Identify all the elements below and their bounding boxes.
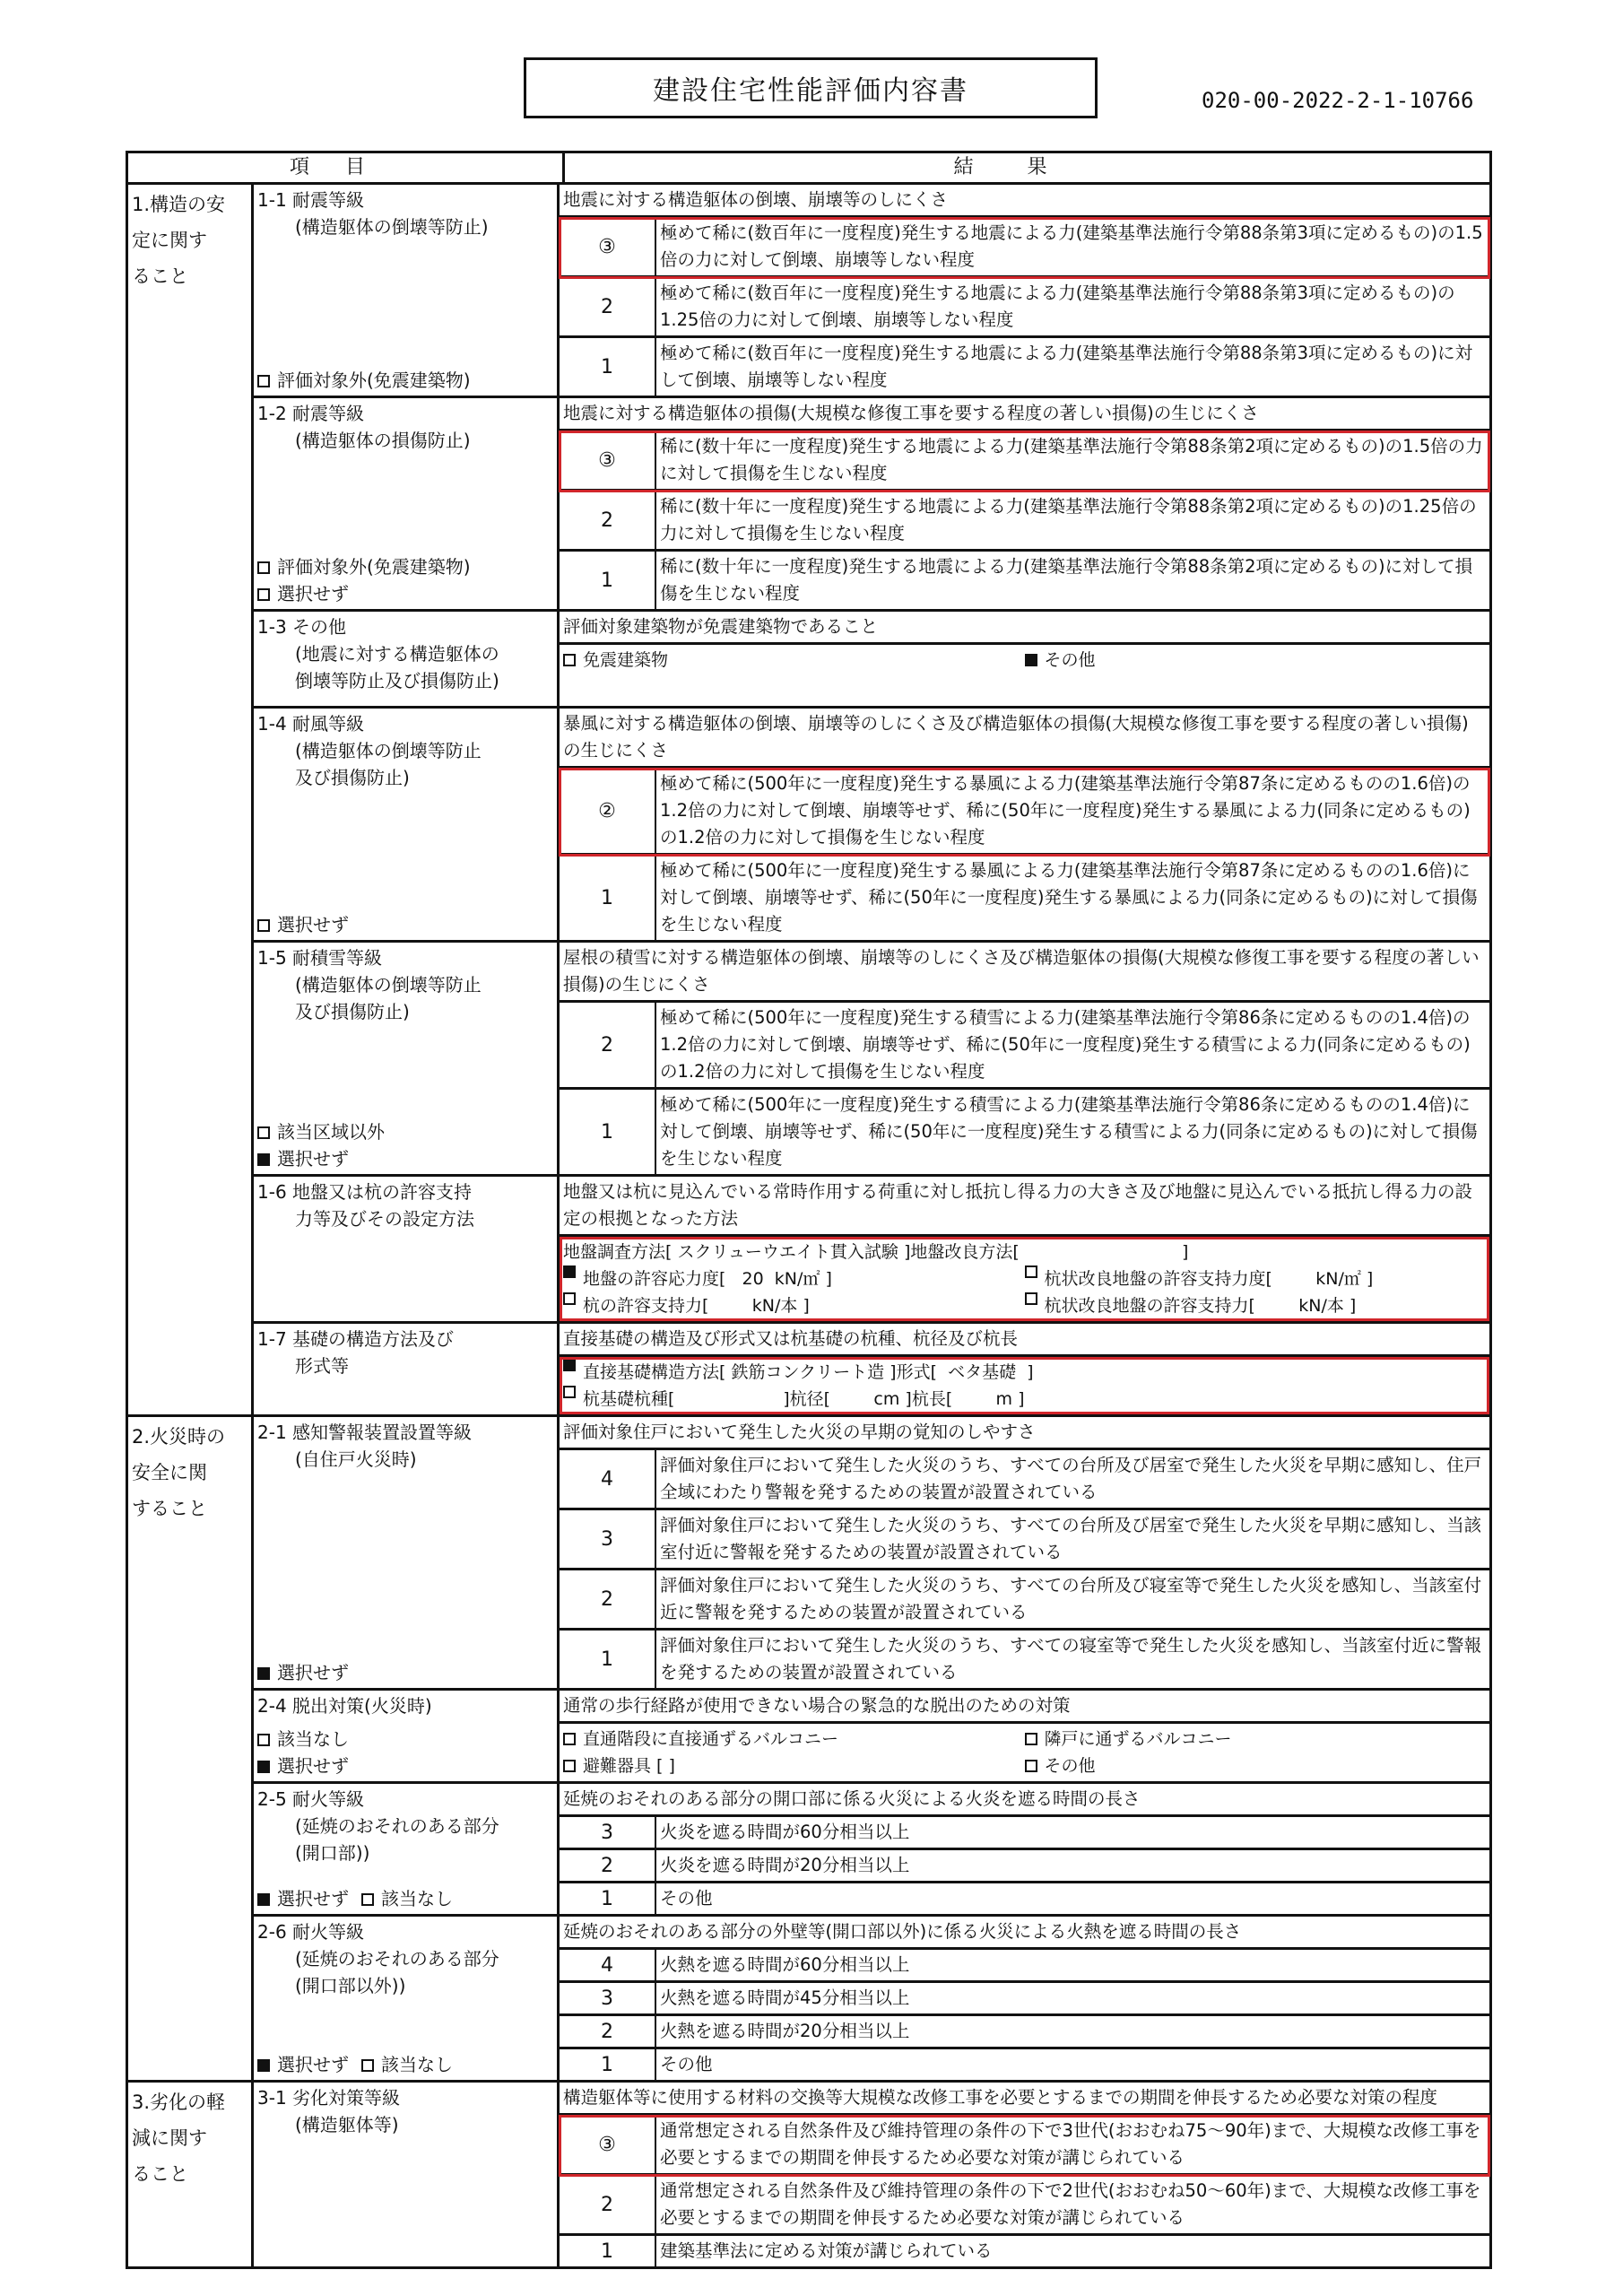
grade-value: ③ [560,218,656,275]
direct-foundation-method-label: 構造方法 [651,1359,719,1386]
item-code: 1-6 地盤又は杭の許容支持 [257,1178,553,1205]
item-code: 1-1 耐震等級 [257,187,553,213]
grade-value: 1 [560,552,656,609]
grade-row: 2極めて稀に(500年に一度程度)発生する積雪による力(建築基準法施行令第86条… [560,1003,1489,1090]
grade-text: 極めて稀に(数百年に一度程度)発生する地震による力(建築基準法施行令第88条第3… [656,278,1489,335]
grade-row: 2評価対象住戸において発生した火災のうち、すべての台所及び寝室等で発生した火災を… [560,1570,1489,1631]
item-description: 地震に対する構造躯体の倒壊、崩壊等のしにくさ [560,185,1489,218]
item-subtitle: (自住戸火災時) [257,1446,553,1473]
choice-option[interactable]: その他 [1025,1752,1487,1779]
item-subtitle: (構造躯体の倒壊等防止 及び損傷防止) [257,971,553,1025]
item-label-cell: 1-2 耐震等級(構造躯体の損傷防止)評価対象外(免震建築物)選択せず [254,398,560,609]
item-subtitle: 力等及びその設定方法 [257,1205,553,1232]
ground-bearing-details: 地盤調査方法 [ スクリューウエイト貫入試験 ] 地盤改良方法 [ ]地盤の許容… [560,1237,1489,1321]
evaluation-item: 1-4 耐風等級(構造躯体の倒壊等防止 及び損傷防止)選択せず暴風に対する構造躯… [254,709,1489,943]
choice-label: 免震建築物 [583,650,668,670]
item-option[interactable]: 選択せず [257,1752,349,1779]
choice-label: 隣戸に通ずるバルコニー [1045,1729,1232,1749]
evaluation-item: 2-6 耐火等級(延焼のおそれのある部分 (開口部以外))選択せず該当なし延焼の… [254,1917,1489,2080]
grade-text: 火炎を遮る時間が20分相当以上 [656,1850,1489,1881]
checkbox-checked-icon[interactable] [1025,654,1037,666]
item-result-cell: 暴風に対する構造躯体の倒壊、崩壊等のしにくさ及び構造躯体の損傷(大規模な修復工事… [560,709,1489,940]
item-subtitle: (構造躯体の倒壊等防止 及び損傷防止) [257,737,553,791]
item-options: 該当なし選択せず [257,1726,349,1779]
grade-value: 3 [560,1817,656,1848]
item-option[interactable]: 選択せず [257,2054,349,2075]
grade-row: 2火熱を遮る時間が20分相当以上 [560,2016,1489,2049]
item-label-cell: 1-3 その他(地震に対する構造躯体の 倒壊等防止及び損傷防止) [254,612,560,706]
checkbox-unchecked-icon[interactable] [563,1733,576,1745]
item-option[interactable]: 該当なし [257,1726,349,1752]
item-options: 評価対象外(免震建築物) [257,367,471,394]
item-label-cell: 2-4 脱出対策(火災時)該当なし選択せず [254,1691,560,1781]
grade-text: その他 [656,2049,1489,2080]
grade-text: 評価対象住戸において発生した火災のうち、すべての寝室等で発生した火災を感知し、当… [656,1631,1489,1688]
checkbox-checked-icon[interactable] [563,1359,576,1371]
direct-foundation-method-value: [ 鉄筋コンクリート造 ] [719,1359,897,1386]
grade-row: 2通常想定される自然条件及び維持管理の条件の下で2世代(おおむね50〜60年)ま… [560,2176,1489,2236]
grade-row: 2極めて稀に(数百年に一度程度)発生する地震による力(建築基準法施行令第88条第… [560,278,1489,338]
evaluation-item: 2-1 感知警報装置設置等級(自住戸火災時)選択せず評価対象住戸において発生した… [254,1417,1489,1691]
item-options: 評価対象外(免震建築物)選択せず [257,553,471,607]
grade-text: 稀に(数十年に一度程度)発生する地震による力(建築基準法施行令第88条第2項に定… [656,431,1489,489]
pile-foundation-label: 杭基礎 [583,1386,634,1413]
checkbox-unchecked-icon[interactable] [1025,1760,1037,1772]
item-label-cell: 1-5 耐積雪等級(構造躯体の倒壊等防止 及び損傷防止)該当区域以外選択せず [254,943,560,1174]
grade-row: 3評価対象住戸において発生した火災のうち、すべての台所及び居室で発生した火災を早… [560,1510,1489,1570]
grade-value: 2 [560,1003,656,1087]
grade-text: 評価対象住戸において発生した火災のうち、すべての台所及び寝室等で発生した火災を感… [656,1570,1489,1628]
grade-value: 1 [560,1631,656,1688]
bearing-field[interactable]: 杭状改良地盤の許容支持力 [ kN/本 ] [1025,1292,1487,1319]
item-label-cell: 3-1 劣化対策等級(構造躯体等) [254,2083,560,2266]
grade-value: 3 [560,1983,656,2013]
item-options: 選択せず該当なし [257,1885,465,1912]
item-subtitle: 形式等 [257,1352,553,1379]
item-option-label: 選択せず [277,1888,349,1909]
pile-foundation-len-value: [ m ] [946,1386,1025,1413]
grade-text: その他 [656,1883,1489,1914]
evaluation-item: 1-6 地盤又は杭の許容支持力等及びその設定方法地盤又は杭に見込んでいる常時作用… [254,1177,1489,1324]
item-code: 2-5 耐火等級 [257,1786,553,1813]
category-body: 1-1 耐震等級(構造躯体の倒壊等防止)評価対象外(免震建築物)地震に対する構造… [254,185,1489,1414]
pile-foundation-len-label: 杭長 [912,1386,946,1413]
checkbox-unchecked-icon[interactable] [257,919,270,932]
item-description: 暴風に対する構造躯体の倒壊、崩壊等のしにくさ及び構造躯体の損傷(大規模な修復工事… [560,709,1489,769]
item-option[interactable]: 選択せず [257,911,349,938]
item-result-cell: 延焼のおそれのある部分の外壁等(開口部以外)に係る火災による火熱を遮る時間の長さ… [560,1917,1489,2080]
category-body: 3-1 劣化対策等級(構造躯体等)構造躯体等に使用する材料の交換等大規模な改修工… [254,2083,1489,2266]
grade-text: 稀に(数十年に一度程度)発生する地震による力(建築基準法施行令第88条第2項に定… [656,552,1489,609]
item-label-cell: 1-6 地盤又は杭の許容支持力等及びその設定方法 [254,1177,560,1321]
bearing-field[interactable]: 杭の許容支持力 [ kN/本 ] [563,1292,1025,1319]
category-label: 3.劣化の軽 減に関す ること [128,2083,254,2266]
grade-value: 3 [560,1510,656,1568]
grade-text: 火熱を遮る時間が60分相当以上 [656,1950,1489,1980]
item-code: 1-3 その他 [257,613,553,640]
category-section: 2.火災時の 安全に関 すること2-1 感知警報装置設置等級(自住戸火災時)選択… [128,1417,1489,2083]
choice-option[interactable]: その他 [1025,647,1487,674]
item-option-label: 選択せず [277,1755,349,1777]
item-option-label: 評価対象外(免震建築物) [277,370,471,391]
checkbox-unchecked-icon[interactable] [257,561,270,574]
grade-value: 2 [560,1850,656,1881]
grade-value: ③ [560,431,656,489]
pile-foundation-option[interactable]: 杭基礎 杭種 [ ] 杭径 [ cm ] 杭長 [ m ] [563,1386,1486,1413]
choice-label: その他 [1045,1756,1096,1776]
bearing-field-label: 地盤の許容応力度 [583,1265,719,1292]
grade-text: 極めて稀に(数百年に一度程度)発生する地震による力(建築基準法施行令第88条第3… [656,218,1489,275]
checkbox-checked-icon[interactable] [257,1153,270,1166]
choice-option[interactable]: 避難器具 [ ] [563,1752,1025,1779]
item-label-cell: 1-1 耐震等級(構造躯体の倒壊等防止)評価対象外(免震建築物) [254,185,560,396]
table-header: 項目 結果 [128,153,1489,185]
category-section: 1.構造の安 定に関す ること1-1 耐震等級(構造躯体の倒壊等防止)評価対象外… [128,185,1489,1417]
item-result-cell: 評価対象建築物が免震建築物であること免震建築物その他 [560,612,1489,706]
grade-row: 3火炎を遮る時間が60分相当以上 [560,1817,1489,1850]
item-subtitle: (構造躯体等) [257,2111,553,2138]
item-option[interactable]: 選択せず [257,1145,385,1172]
grade-value: ② [560,769,656,853]
grade-row: 3火熱を遮る時間が45分相当以上 [560,1983,1489,2016]
checkbox-unchecked-icon[interactable] [563,1386,576,1398]
grade-row: 1極めて稀に(数百年に一度程度)発生する地震による力(建築基準法施行令第88条第… [560,338,1489,396]
item-result-cell: 直接基礎の構造及び形式又は杭基礎の杭種、杭径及び杭長直接基礎 構造方法 [ 鉄筋… [560,1324,1489,1414]
item-description: 地盤又は杭に見込んでいる常時作用する荷重に対し抵抗し得る力の大きさ及び地盤に見込… [560,1177,1489,1237]
item-option[interactable]: 選択せず [257,580,471,607]
document-number: 020-00-2022-2-1-10766 [1202,88,1473,113]
grade-text: 火熱を遮る時間が20分相当以上 [656,2016,1489,2047]
bearing-field[interactable]: 杭状改良地盤の許容支持力度 [ kN/㎡ ] [1025,1265,1487,1292]
grade-row: 1極めて稀に(500年に一度程度)発生する暴風による力(建築基準法施行令第87条… [560,856,1489,940]
evaluation-table: 項目 結果 1.構造の安 定に関す ること1-1 耐震等級(構造躯体の倒壊等防止… [126,151,1492,2269]
item-description: 構造躯体等に使用する材料の交換等大規模な改修工事を必要とするまでの期間を伸長する… [560,2083,1489,2116]
pile-foundation-type-value: [ ] [668,1386,790,1413]
grade-text: 評価対象住戸において発生した火災のうち、すべての台所及び居室で発生した火災を早期… [656,1450,1489,1508]
grade-text: 火炎を遮る時間が60分相当以上 [656,1817,1489,1848]
category-label: 1.構造の安 定に関す ること [128,185,254,1414]
evaluation-item: 1-2 耐震等級(構造躯体の損傷防止)評価対象外(免震建築物)選択せず地震に対す… [254,398,1489,612]
item-option[interactable]: 評価対象外(免震建築物) [257,367,471,394]
improvement-method-value: [ ] [1012,1239,1188,1265]
item-option-label: 選択せず [277,914,349,935]
grade-value: 1 [560,338,656,396]
survey-method-label: 地盤調査方法 [563,1239,665,1265]
checkbox-checked-icon[interactable] [257,1667,270,1680]
bearing-field-label: 杭状改良地盤の許容支持力度 [1045,1265,1266,1292]
checkbox-unchecked-icon[interactable] [1025,1733,1037,1745]
grade-row-selected: ③稀に(数十年に一度程度)発生する地震による力(建築基準法施行令第88条第2項に… [560,431,1489,491]
checkbox-unchecked-icon[interactable] [563,1292,576,1305]
item-option-label: 該当なし [381,1888,453,1909]
grade-text: 極めて稀に(500年に一度程度)発生する積雪による力(建築基準法施行令第86条に… [656,1090,1489,1174]
choice-list: 直通階段に直接通ずるバルコニー隣戸に通ずるバルコニー避難器具 [ ]その他 [560,1724,1489,1781]
checkbox-unchecked-icon[interactable] [361,2059,374,2072]
grade-value: 1 [560,1883,656,1914]
pile-foundation-type-label: 杭種 [634,1386,668,1413]
item-label-cell: 1-4 耐風等級(構造躯体の倒壊等防止 及び損傷防止)選択せず [254,709,560,940]
grade-row: 4火熱を遮る時間が60分相当以上 [560,1950,1489,1983]
grade-text: 極めて稀に(500年に一度程度)発生する暴風による力(建築基準法施行令第87条に… [656,769,1489,853]
grade-value: 2 [560,2176,656,2233]
item-option[interactable]: 該当区域以外 [257,1118,385,1145]
item-option-label: 選択せず [277,1148,349,1170]
item-description: 通常の歩行経路が使用できない場合の緊急的な脱出のための対策 [560,1691,1489,1724]
item-option-label: 選択せず [277,1662,349,1683]
grade-text: 通常想定される自然条件及び維持管理の条件の下で3世代(おおむね75〜90年)まで… [656,2116,1489,2173]
item-code: 1-5 耐積雪等級 [257,944,553,971]
improvement-method-label: 地盤改良方法 [910,1239,1012,1265]
item-result-cell: 通常の歩行経路が使用できない場合の緊急的な脱出のための対策直通階段に直接通ずるバ… [560,1691,1489,1781]
survey-method-value: [ スクリューウエイト貫入試験 ] [665,1239,910,1265]
grade-text: 建築基準法に定める対策が講じられている [656,2236,1489,2266]
item-label-cell: 2-5 耐火等級(延焼のおそれのある部分 (開口部))選択せず該当なし [254,1784,560,1914]
checkbox-unchecked-icon[interactable] [563,1760,576,1772]
checkbox-unchecked-icon[interactable] [257,588,270,601]
item-code: 1-2 耐震等級 [257,400,553,427]
grade-text: 極めて稀に(500年に一度程度)発生する暴風による力(建築基準法施行令第87条に… [656,856,1489,940]
evaluation-item: 2-4 脱出対策(火災時)該当なし選択せず通常の歩行経路が使用できない場合の緊急… [254,1691,1489,1784]
checkbox-checked-icon[interactable] [257,2059,270,2072]
item-label-cell: 2-1 感知警報装置設置等級(自住戸火災時)選択せず [254,1417,560,1688]
item-description: 評価対象住戸において発生した火災の早期の覚知のしやすさ [560,1417,1489,1450]
grade-row: 1評価対象住戸において発生した火災のうち、すべての寝室等で発生した火災を感知し、… [560,1631,1489,1688]
choice-option[interactable]: 直通階段に直接通ずるバルコニー [563,1726,1025,1752]
item-options: 選択せず該当なし [257,2051,465,2078]
checkbox-checked-icon[interactable] [257,1761,270,1773]
header-result: 結果 [565,153,1489,182]
evaluation-item: 2-5 耐火等級(延焼のおそれのある部分 (開口部))選択せず該当なし延焼のおそ… [254,1784,1489,1917]
item-option-label: 該当なし [277,1728,349,1750]
checkbox-unchecked-icon[interactable] [257,1734,270,1746]
item-label-cell: 1-7 基礎の構造方法及び形式等 [254,1324,560,1414]
choice-option[interactable]: 免震建築物 [563,647,1025,674]
grade-value: 2 [560,278,656,335]
bearing-field-value: [ kN/本 ] [702,1292,810,1319]
item-option[interactable]: 該当なし [361,1888,453,1909]
grade-value: 1 [560,1090,656,1174]
item-option-label: 評価対象外(免震建築物) [277,556,471,578]
category-body: 2-1 感知警報装置設置等級(自住戸火災時)選択せず評価対象住戸において発生した… [254,1417,1489,2080]
grade-value: 2 [560,2016,656,2047]
item-subtitle: (構造躯体の倒壊等防止) [257,213,553,240]
grade-row: 2火炎を遮る時間が20分相当以上 [560,1850,1489,1883]
grade-value: 1 [560,2236,656,2266]
grade-value: 4 [560,1950,656,1980]
item-result-cell: 地震に対する構造躯体の損傷(大規模な修復工事を要する程度の著しい損傷)の生じにく… [560,398,1489,609]
bearing-field-value: [ kN/本 ] [1249,1292,1357,1319]
checkbox-unchecked-icon[interactable] [563,654,576,666]
item-subtitle: (構造躯体の損傷防止) [257,427,553,454]
grade-text: 評価対象住戸において発生した火災のうち、すべての台所及び居室で発生した火災を早期… [656,1510,1489,1568]
grade-text: 極めて稀に(500年に一度程度)発生する積雪による力(建築基準法施行令第86条に… [656,1003,1489,1087]
grade-value: 4 [560,1450,656,1508]
item-code: 3-1 劣化対策等級 [257,2084,553,2111]
checkbox-unchecked-icon[interactable] [1025,1265,1037,1278]
grade-row: 4評価対象住戸において発生した火災のうち、すべての台所及び居室で発生した火災を早… [560,1450,1489,1510]
evaluation-item: 1-7 基礎の構造方法及び形式等直接基礎の構造及び形式又は杭基礎の杭種、杭径及び… [254,1324,1489,1414]
item-options: 該当区域以外選択せず [257,1118,385,1172]
header-item: 項目 [128,153,565,182]
item-result-cell: 屋根の積雪に対する構造躯体の倒壊、崩壊等のしにくさ及び構造躯体の損傷(大規模な修… [560,943,1489,1174]
evaluation-item: 1-1 耐震等級(構造躯体の倒壊等防止)評価対象外(免震建築物)地震に対する構造… [254,185,1489,398]
item-option-label: 該当区域以外 [277,1121,385,1143]
item-result-cell: 構造躯体等に使用する材料の交換等大規模な改修工事を必要とするまでの期間を伸長する… [560,2083,1489,2266]
bearing-field-label: 杭状改良地盤の許容支持力 [1045,1292,1249,1319]
item-result-cell: 地盤又は杭に見込んでいる常時作用する荷重に対し抵抗し得る力の大きさ及び地盤に見込… [560,1177,1489,1321]
direct-foundation-form-label: 形式 [897,1359,931,1386]
item-subtitle: (地震に対する構造躯体の 倒壊等防止及び損傷防止) [257,640,553,694]
item-code: 1-4 耐風等級 [257,710,553,737]
item-option[interactable]: 評価対象外(免震建築物) [257,553,471,580]
pile-foundation-dia-value: [ cm ] [824,1386,912,1413]
item-options: 選択せず [257,911,349,938]
checkbox-unchecked-icon[interactable] [1025,1292,1037,1305]
bearing-field-value: [ kN/㎡ ] [1266,1265,1374,1292]
checkbox-checked-icon[interactable] [563,1265,576,1278]
item-description: 地震に対する構造躯体の損傷(大規模な修復工事を要する程度の著しい損傷)の生じにく… [560,398,1489,431]
item-code: 1-7 基礎の構造方法及び [257,1326,553,1352]
grade-row: 1建築基準法に定める対策が講じられている [560,2236,1489,2266]
grade-row-selected: ②極めて稀に(500年に一度程度)発生する暴風による力(建築基準法施行令第87条… [560,769,1489,856]
choice-option[interactable]: 隣戸に通ずるバルコニー [1025,1726,1487,1752]
grade-value: 1 [560,2049,656,2080]
grade-text: 通常想定される自然条件及び維持管理の条件の下で2世代(おおむね50〜60年)まで… [656,2176,1489,2233]
item-option[interactable]: 選択せず [257,1888,349,1909]
item-code: 2-4 脱出対策(火災時) [257,1692,553,1719]
grade-value: 2 [560,491,656,549]
grade-row: 1その他 [560,2049,1489,2080]
evaluation-item: 3-1 劣化対策等級(構造躯体等)構造躯体等に使用する材料の交換等大規模な改修工… [254,2083,1489,2266]
item-option-label: 選択せず [277,583,349,604]
evaluation-item: 1-3 その他(地震に対する構造躯体の 倒壊等防止及び損傷防止)評価対象建築物が… [254,612,1489,709]
item-description: 評価対象建築物が免震建築物であること [560,612,1489,645]
direct-foundation-option[interactable]: 直接基礎 構造方法 [ 鉄筋コンクリート造 ] 形式 [ ベタ基礎 ] [563,1359,1486,1386]
item-result-cell: 地震に対する構造躯体の倒壊、崩壊等のしにくさ③極めて稀に(数百年に一度程度)発生… [560,185,1489,396]
bearing-field-label: 杭の許容支持力 [583,1292,702,1319]
item-description: 延焼のおそれのある部分の開口部に係る火災による火炎を遮る時間の長さ [560,1784,1489,1817]
item-option-label: 該当なし [381,2054,453,2075]
pile-foundation-dia-label: 杭径 [790,1386,824,1413]
grade-value: ③ [560,2116,656,2173]
item-code: 2-6 耐火等級 [257,1918,553,1945]
item-subtitle: (延焼のおそれのある部分 (開口部)) [257,1813,553,1866]
checkbox-unchecked-icon[interactable] [257,1126,270,1139]
evaluation-item: 1-5 耐積雪等級(構造躯体の倒壊等防止 及び損傷防止)該当区域以外選択せず屋根… [254,943,1489,1177]
grade-row-selected: ③通常想定される自然条件及び維持管理の条件の下で3世代(おおむね75〜90年)ま… [560,2116,1489,2176]
item-option[interactable]: 該当なし [361,2054,453,2075]
choice-label: 直通階段に直接通ずるバルコニー [583,1729,838,1749]
item-label-cell: 2-6 耐火等級(延焼のおそれのある部分 (開口部以外))選択せず該当なし [254,1917,560,2080]
item-subtitle: (延焼のおそれのある部分 (開口部以外)) [257,1945,553,1999]
grade-text: 稀に(数十年に一度程度)発生する地震による力(建築基準法施行令第88条第2項に定… [656,491,1489,549]
bearing-field-value: [ 20 kN/㎡ ] [719,1265,832,1292]
choice-list: 免震建築物その他 [560,645,1489,706]
category-label: 2.火災時の 安全に関 すること [128,1417,254,2080]
item-description: 延焼のおそれのある部分の外壁等(開口部以外)に係る火災による火熱を遮る時間の長さ [560,1917,1489,1950]
item-description: 屋根の積雪に対する構造躯体の倒壊、崩壊等のしにくさ及び構造躯体の損傷(大規模な修… [560,943,1489,1003]
grade-row: 1稀に(数十年に一度程度)発生する地震による力(建築基準法施行令第88条第2項に… [560,552,1489,609]
grade-text: 火熱を遮る時間が45分相当以上 [656,1983,1489,2013]
bearing-field[interactable]: 地盤の許容応力度 [ 20 kN/㎡ ] [563,1265,1025,1292]
checkbox-unchecked-icon[interactable] [361,1893,374,1906]
item-result-cell: 延焼のおそれのある部分の開口部に係る火災による火炎を遮る時間の長さ3火炎を遮る時… [560,1784,1489,1914]
checkbox-unchecked-icon[interactable] [257,375,270,387]
grade-value: 1 [560,856,656,940]
grade-row: 1その他 [560,1883,1489,1914]
direct-foundation-form-value: [ ベタ基礎 ] [931,1359,1034,1386]
item-result-cell: 評価対象住戸において発生した火災の早期の覚知のしやすさ4評価対象住戸において発生… [560,1417,1489,1688]
foundation-details: 直接基礎 構造方法 [ 鉄筋コンクリート造 ] 形式 [ ベタ基礎 ] 杭基礎 … [560,1357,1489,1414]
choice-label: その他 [1045,650,1096,670]
item-options: 選択せず [257,1659,349,1686]
grade-value: 2 [560,1570,656,1628]
item-description: 直接基礎の構造及び形式又は杭基礎の杭種、杭径及び杭長 [560,1324,1489,1357]
item-option-label: 選択せず [277,2054,349,2075]
document-title: 建設住宅性能評価内容書 [524,57,1098,118]
choice-label: 避難器具 [ ] [583,1756,675,1776]
checkbox-checked-icon[interactable] [257,1893,270,1906]
grade-row-selected: ③極めて稀に(数百年に一度程度)発生する地震による力(建築基準法施行令第88条第… [560,218,1489,278]
grade-text: 極めて稀に(数百年に一度程度)発生する地震による力(建築基準法施行令第88条第3… [656,338,1489,396]
grade-row: 1極めて稀に(500年に一度程度)発生する積雪による力(建築基準法施行令第86条… [560,1090,1489,1174]
direct-foundation-label: 直接基礎 [583,1359,651,1386]
item-code: 2-1 感知警報装置設置等級 [257,1419,553,1446]
item-option[interactable]: 選択せず [257,1659,349,1686]
grade-row: 2稀に(数十年に一度程度)発生する地震による力(建築基準法施行令第88条第2項に… [560,491,1489,552]
category-section: 3.劣化の軽 減に関す ること3-1 劣化対策等級(構造躯体等)構造躯体等に使用… [128,2083,1489,2266]
